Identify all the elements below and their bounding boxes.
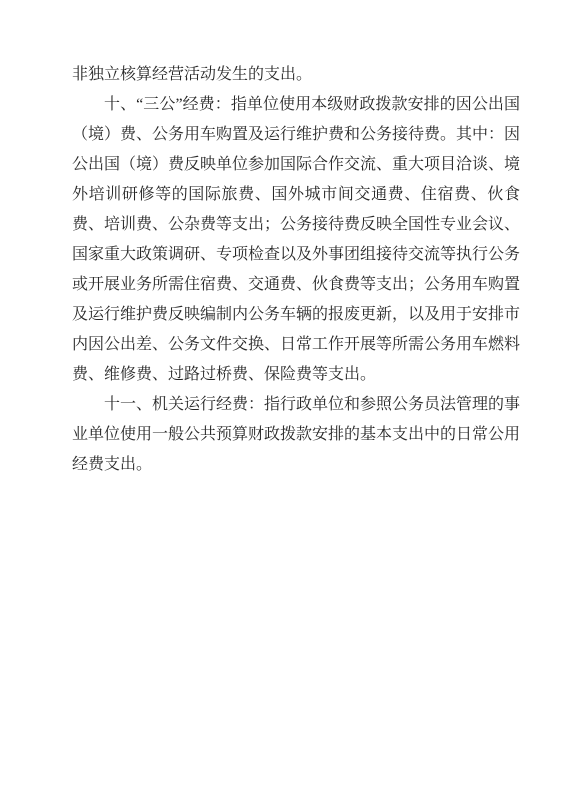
paragraph-agency-operating-funds: 十一、机关运行经费：指行政单位和参照公务员法管理的事业单位使用一般公共预算财政拨… — [72, 390, 520, 480]
paragraph-continuation: 非独立核算经营活动发生的支出。 — [72, 60, 520, 90]
paragraph-three-public-funds: 十、“三公”经费：指单位使用本级财政拨款安排的因公出国（境）费、公务用车购置及运… — [72, 90, 520, 390]
document-page: 非独立核算经营活动发生的支出。 十、“三公”经费：指单位使用本级财政拨款安排的因… — [0, 0, 574, 792]
